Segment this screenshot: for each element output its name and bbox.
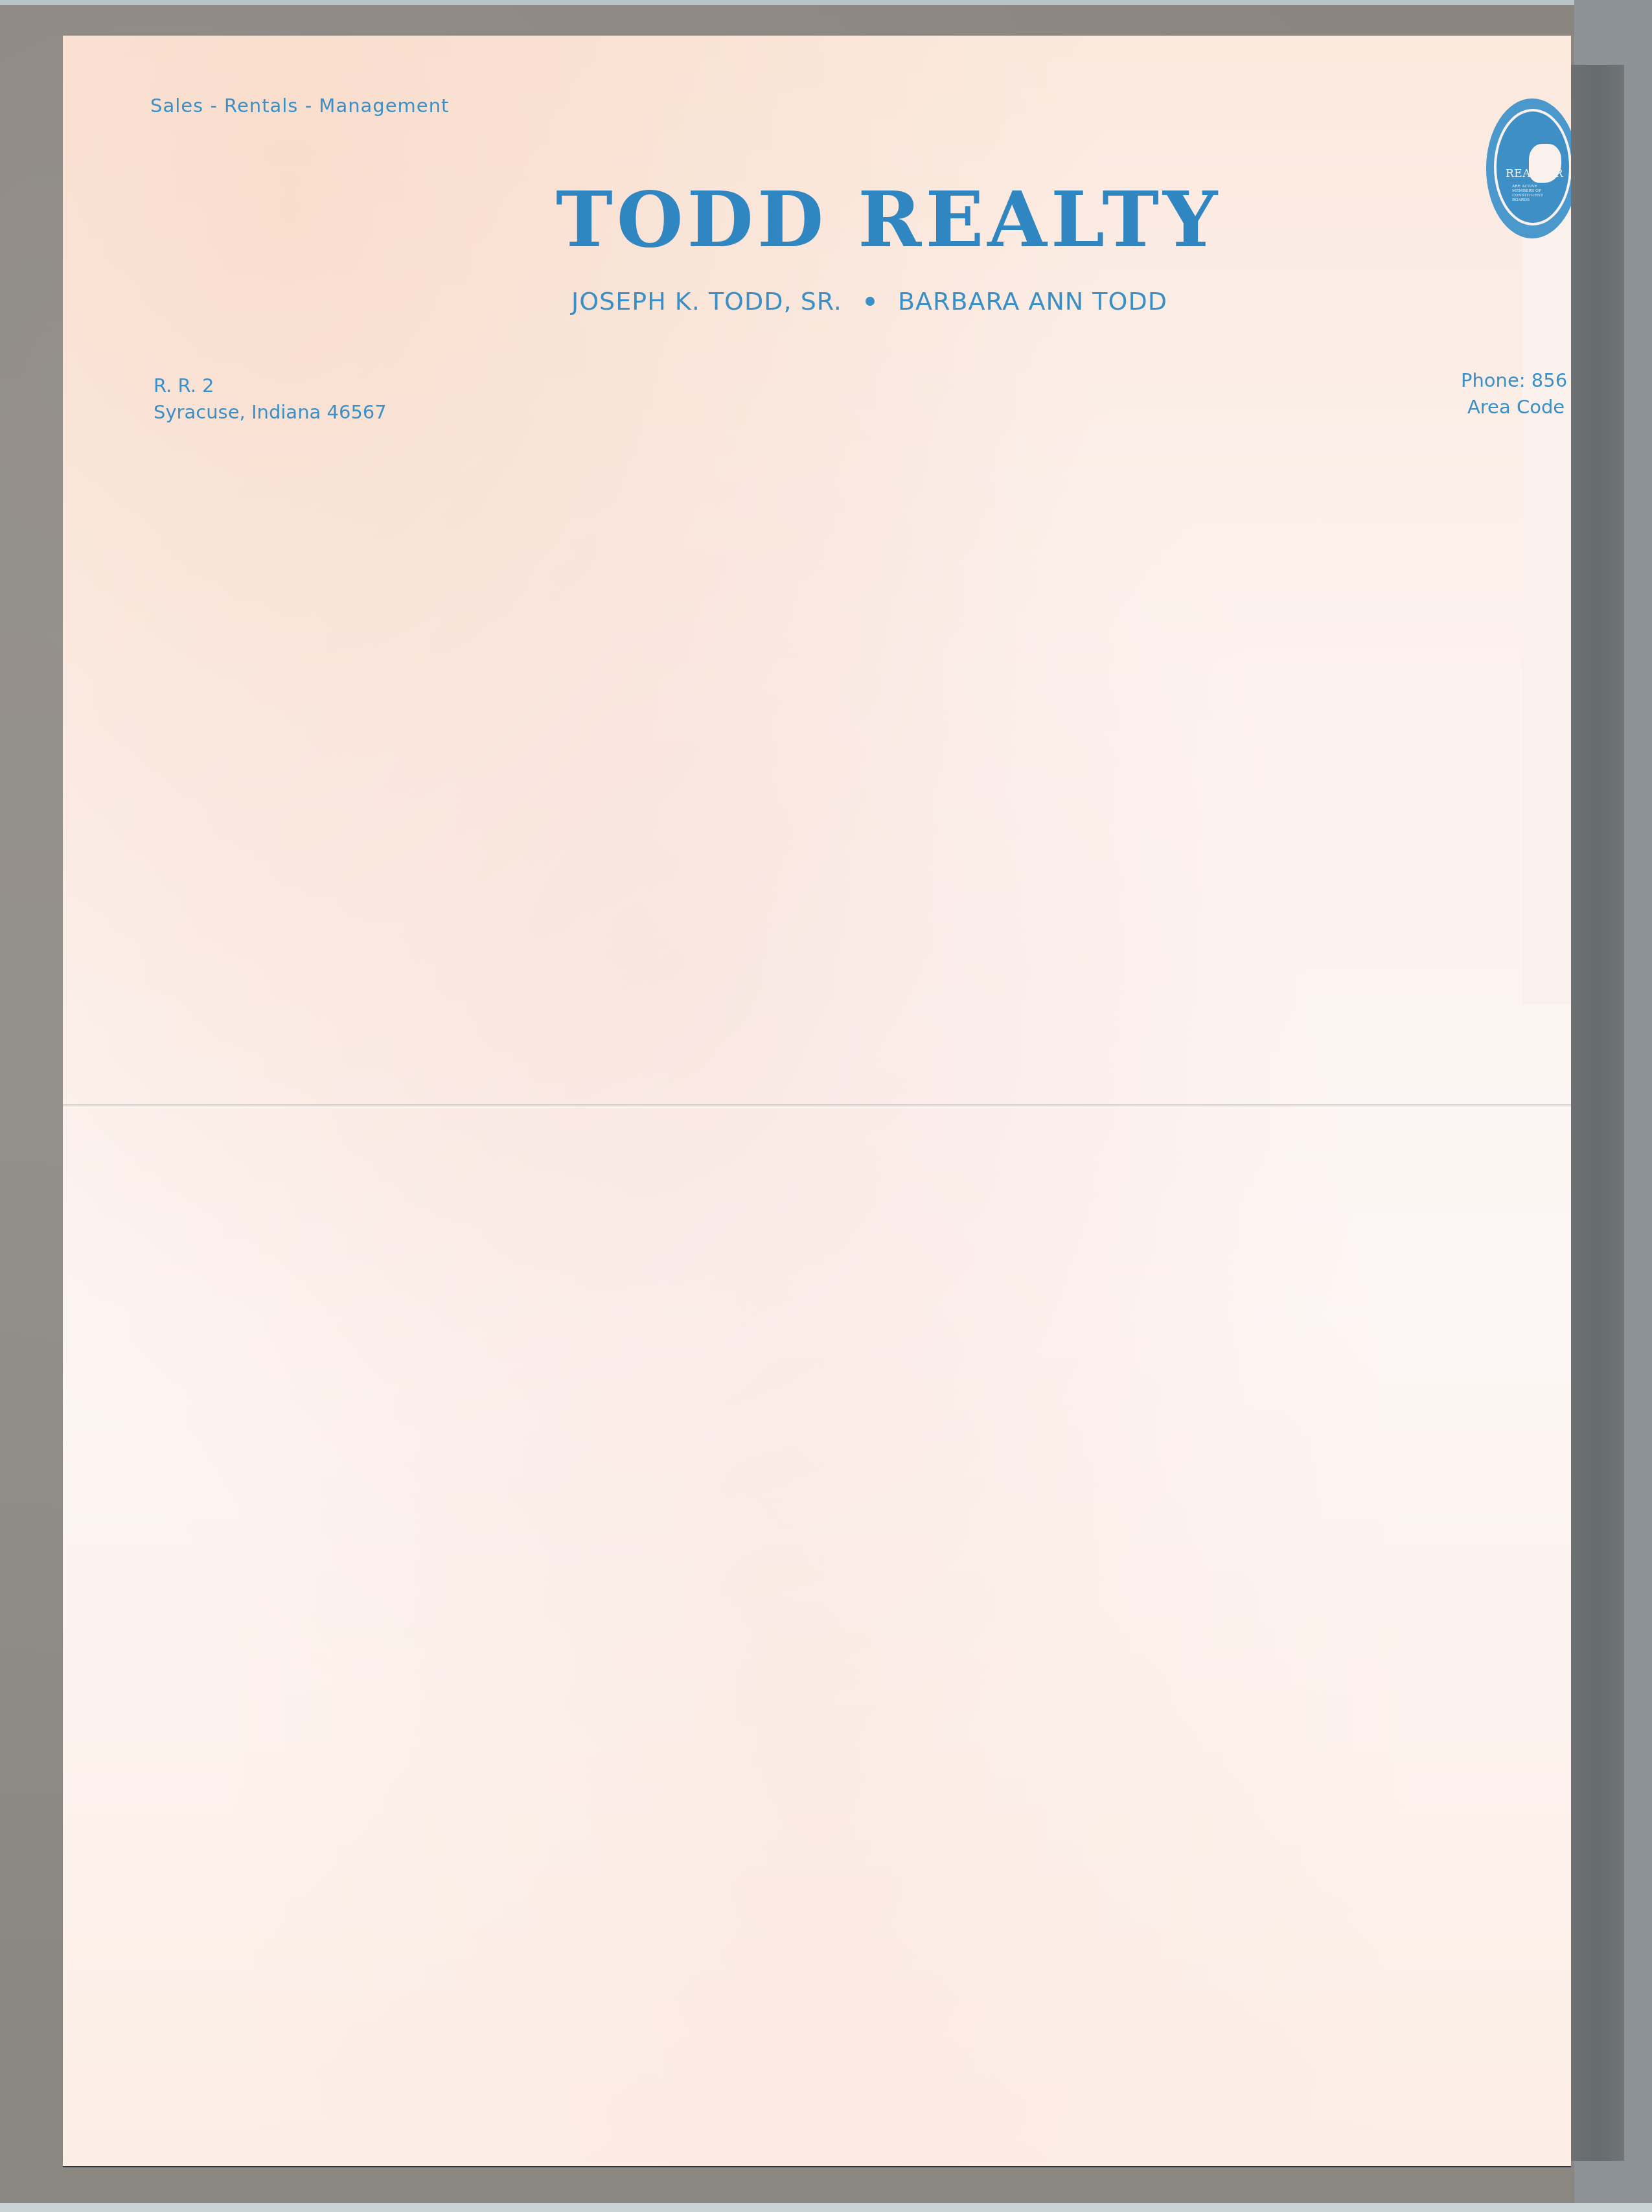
address-line-1: R. R. 2 xyxy=(154,373,387,399)
tape-strip xyxy=(1571,65,1624,2161)
phone-label: Phone: 856 xyxy=(1461,367,1571,394)
services-tagline: Sales - Rentals - Management xyxy=(150,95,449,117)
realtor-seal-icon: REALTOR ARE ACTIVE MEMBERS OF CONSTITUEN… xyxy=(1484,91,1571,246)
fold-crease xyxy=(63,1104,1571,1108)
scan-edge-bottom xyxy=(0,2203,1652,2212)
principal-2: BARBARA ANN TODD xyxy=(898,287,1167,316)
mailing-address: R. R. 2 Syracuse, Indiana 46567 xyxy=(154,373,387,426)
address-line-2: Syracuse, Indiana 46567 xyxy=(154,399,387,426)
company-name: TODD REALTY xyxy=(556,181,1230,258)
area-code-label: Area Code xyxy=(1461,394,1571,421)
letterhead-sheet xyxy=(63,36,1571,2167)
scan-edge-top xyxy=(0,0,1652,5)
principal-1: JOSEPH K. TODD, SR. xyxy=(571,287,842,316)
contact-info: Phone: 856 Area Code xyxy=(1461,367,1571,421)
seal-realtor-text: REALTOR xyxy=(1506,167,1563,180)
paper-overlap-tab xyxy=(1522,136,1571,1004)
seal-subtext: ARE ACTIVE MEMBERS OF CONSTITUENT BOARDS xyxy=(1512,184,1543,202)
principals-line: JOSEPH K. TODD, SR.BARBARA ANN TODD xyxy=(571,287,1167,316)
bullet-icon xyxy=(866,297,875,306)
